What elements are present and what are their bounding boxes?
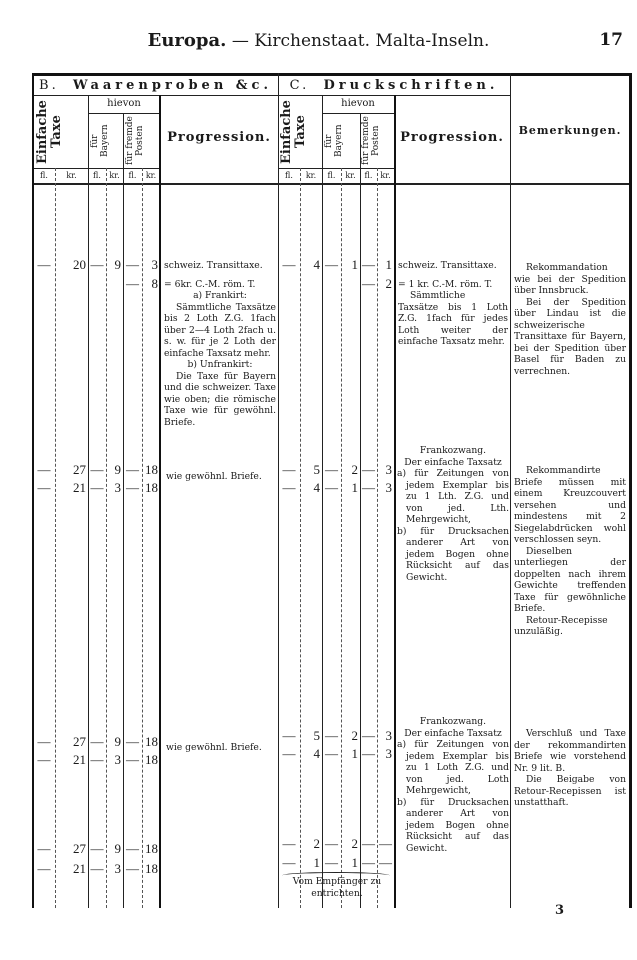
progression-line: schweiz. Transittaxe. (164, 260, 276, 272)
col-divider (55, 168, 56, 908)
c-bay-fl: — (322, 257, 341, 273)
b-fr-fl: — (123, 480, 142, 496)
c-bay-kr: 2 (341, 836, 358, 852)
b-einf-kr: 21 (55, 861, 86, 877)
c-einf-fl: — (278, 462, 300, 478)
c-progression-header: Progression. (394, 130, 510, 145)
unit-kr: kr. (106, 171, 123, 180)
b-einf-fl: — (33, 841, 55, 857)
c-einf-fl: — (278, 836, 300, 852)
b-fr-kr: 18 (142, 480, 158, 496)
b-fremde-header: für fremde Posten (125, 115, 158, 167)
b-fr-fl: — (123, 752, 142, 768)
title-rest: — Kirchenstaat. Malta-Inseln. (226, 31, 489, 51)
section-b-name: Waarenproben &c. (73, 78, 272, 93)
b-einf-fl: — (33, 462, 55, 478)
b-einf-fl: — (33, 734, 55, 750)
b-bay-fl: — (88, 734, 106, 750)
col-divider (88, 95, 89, 908)
progression-line: Der einfache Taxsatz (397, 728, 509, 740)
c-hievon-header: hievon (322, 98, 394, 109)
progression-line: Sämmtliche Taxsätze bis 2 Loth Z.G. 1fac… (164, 302, 276, 360)
b-bay-kr: 9 (106, 734, 121, 750)
section-b-title: B. Waarenproben &c. (33, 78, 278, 93)
section-b-label: B. (39, 78, 59, 93)
b-bay-fl: — (88, 861, 106, 877)
col-divider (300, 168, 301, 908)
remark-line: Retour-Recepisse unzuläßig. (514, 615, 626, 638)
c-fr-kr: — (377, 855, 394, 871)
section-c-label: C. (290, 78, 310, 93)
section-title-rule (33, 95, 510, 96)
c-bay-fl: — (322, 728, 341, 744)
unit-kr: kr. (142, 171, 160, 180)
unit-fl: fl. (278, 171, 300, 180)
unit-fl: fl. (123, 171, 142, 180)
c-fr-kr: 2 (377, 276, 392, 292)
b-einf-fl: — (33, 752, 55, 768)
b-einfache-taxe-header: Einfache Taxe (36, 100, 86, 164)
unit-kr: kr. (300, 171, 322, 180)
col-divider (159, 95, 161, 908)
c-bay-fl: — (322, 480, 341, 496)
c-fr-kr: 3 (377, 480, 392, 496)
c-fr-kr: 3 (377, 746, 392, 762)
c-fr-kr: — (377, 836, 394, 852)
b-einf-kr: 21 (55, 480, 86, 496)
col-divider (322, 95, 323, 908)
table-top-rule (33, 73, 630, 76)
c-progression-cell: Frankozwang. Der einfache Taxsatz a) für… (397, 716, 509, 854)
c-bay-kr: 1 (341, 257, 358, 273)
c-bay-kr: 1 (341, 480, 358, 496)
c-einfache-taxe-header: Einfache Taxe (280, 100, 322, 164)
progression-line: a) für Zeitungen von jedem Exemplar bis … (397, 739, 509, 797)
title-main: Europa. (148, 30, 227, 51)
col-divider (106, 168, 107, 908)
progression-line: schweiz. Transittaxe. (398, 260, 508, 272)
progression-line: a) für Zeitungen von jedem Exemplar bis … (397, 468, 509, 526)
b-einf-kr: 27 (55, 462, 86, 478)
remark-line: Rekommandation wie bei der Spedition übe… (514, 262, 626, 297)
c-bay-kr: 1 (341, 855, 358, 871)
c-einf-fl: — (278, 728, 300, 744)
c-einf-kr: 4 (300, 257, 320, 273)
c-einf-kr: 5 (300, 728, 320, 744)
unit-fl: fl. (88, 171, 106, 180)
signature-mark: 3 (555, 903, 564, 918)
col-divider (360, 113, 361, 908)
b-einf-kr: 21 (55, 752, 86, 768)
page-number: 17 (599, 30, 623, 50)
c-progression-cell: schweiz. Transittaxe. = 1 kr. C.-M. röm.… (398, 260, 508, 348)
b-einf-kr: 27 (55, 734, 86, 750)
c-einf-fl: — (278, 855, 300, 871)
remark-line: Dieselben unterliegen der doppelten nach… (514, 546, 626, 615)
b-bayern-header: für Bayern (90, 117, 122, 165)
b-bay-fl: — (88, 841, 106, 857)
unit-kr: kr. (55, 171, 88, 180)
progression-line: b) für Drucksachen anderer Art von jedem… (397, 526, 509, 584)
b-bay-kr: 3 (106, 480, 121, 496)
b-fr-kr: 18 (142, 861, 158, 877)
hievon-rule-b (88, 113, 160, 114)
b-progression-cell: wie gewöhnl. Briefe. (166, 742, 276, 754)
b-fr-fl: — (123, 257, 142, 273)
b-einf-kr: 27 (55, 841, 86, 857)
page-title: Europa. — Kirchenstaat. Malta-Inseln. (0, 30, 637, 51)
progression-line: wie gewöhnl. Briefe. (166, 471, 262, 482)
col-divider (341, 168, 342, 908)
remarks-cell: Rekommandation wie bei der Spedition übe… (514, 262, 626, 377)
b-progression-header: Progression. (160, 130, 278, 145)
c-einf-kr: 4 (300, 480, 320, 496)
unit-kr: kr. (377, 171, 394, 180)
b-einf-fl: — (33, 257, 55, 273)
c-fr-fl: — (360, 855, 377, 871)
unit-fl: fl. (322, 171, 341, 180)
b-fr-fl: — (123, 841, 142, 857)
section-c-name: Druckschriften. (324, 78, 499, 93)
hievon-rule-c (322, 113, 394, 114)
progression-line: a) Frankirt: (164, 290, 276, 302)
remark-line: Die Beigabe von Retour-Recepissen ist un… (514, 774, 626, 809)
remark-line: Verschluß und Taxe der rekommandirten Br… (514, 728, 626, 774)
b-fr-kr: 8 (142, 276, 158, 292)
remark-line: Bei der Spedition über Lindau ist die sc… (514, 297, 626, 378)
b-bay-fl: — (88, 480, 106, 496)
remarks-divider (510, 73, 511, 908)
progression-line: Der einfache Taxsatz (397, 457, 509, 469)
unit-fl: fl. (360, 171, 377, 180)
c-fr-fl: — (360, 462, 377, 478)
progression-line: = 6kr. C.-M. röm. T. (164, 279, 276, 291)
b-progression-cell: wie gewöhnl. Briefe. (166, 471, 276, 483)
c-recipient-note: Vom Empfänger zu entrichten. (281, 876, 393, 899)
b-bay-kr: 3 (106, 861, 121, 877)
b-bay-kr: 9 (106, 841, 121, 857)
b-fr-fl: — (123, 861, 142, 877)
b-bay-fl: — (88, 257, 106, 273)
table-right-border (629, 73, 632, 908)
c-bay-kr: 2 (341, 462, 358, 478)
c-einf-fl: — (278, 480, 300, 496)
c-einf-kr: 4 (300, 746, 320, 762)
c-bay-fl: — (322, 746, 341, 762)
c-fr-fl: — (360, 836, 377, 852)
b-bay-fl: — (88, 752, 106, 768)
b-bay-kr: 9 (106, 462, 121, 478)
col-divider (123, 113, 124, 908)
c-fr-fl: — (360, 276, 377, 292)
remarks-cell: Rekommandirte Briefe müssen mit einem Kr… (514, 465, 626, 638)
bemerkungen-header: Bemerkungen. (510, 124, 630, 137)
b-fr-kr: 18 (142, 752, 158, 768)
progression-line: wie gewöhnl. Briefe. (166, 742, 262, 753)
progression-line: Frankozwang. (397, 445, 509, 457)
progression-line: b) für Drucksachen anderer Art von jedem… (397, 797, 509, 855)
b-bay-kr: 3 (106, 752, 121, 768)
b-progression-cell: schweiz. Transittaxe. = 6kr. C.-M. röm. … (164, 260, 276, 428)
progression-line: = 1 kr. C.-M. röm. T. (398, 279, 508, 291)
c-fremde-header: für fremde Posten (361, 115, 393, 167)
b-fr-fl: — (123, 276, 142, 292)
b-einf-kr: 20 (55, 257, 86, 273)
b-fr-kr: 18 (142, 734, 158, 750)
c-einf-fl: — (278, 257, 300, 273)
b-hievon-header: hievon (88, 98, 160, 109)
c-fr-fl: — (360, 728, 377, 744)
b-bay-fl: — (88, 462, 106, 478)
c-bayern-header: für Bayern (324, 117, 359, 165)
b-fr-kr: 18 (142, 841, 158, 857)
b-einf-fl: — (33, 861, 55, 877)
c-bay-fl: — (322, 462, 341, 478)
b-einf-fl: — (33, 480, 55, 496)
c-fr-kr: 1 (377, 257, 392, 273)
unit-kr: kr. (341, 171, 360, 180)
b-fr-fl: — (123, 734, 142, 750)
c-fr-fl: — (360, 480, 377, 496)
c-bay-fl: — (322, 836, 341, 852)
progression-line: b) Unfrankirt: (164, 359, 276, 371)
c-fr-fl: — (360, 257, 377, 273)
progression-line: Die Taxe für Bayern und die schweizer. T… (164, 371, 276, 429)
c-bay-fl: — (322, 855, 341, 871)
c-fr-fl: — (360, 746, 377, 762)
b-fr-fl: — (123, 462, 142, 478)
col-divider (394, 95, 396, 908)
c-einf-fl: — (278, 746, 300, 762)
progression-line: Sämmtliche Taxsätze bis 1 Loth Z.G. 1fac… (398, 290, 508, 348)
c-progression-cell: Frankozwang. Der einfache Taxsatz a) für… (397, 445, 509, 583)
b-bay-kr: 9 (106, 257, 121, 273)
b-fr-kr: 18 (142, 462, 158, 478)
c-fr-kr: 3 (377, 462, 392, 478)
c-bay-kr: 1 (341, 746, 358, 762)
progression-line: Frankozwang. (397, 716, 509, 728)
c-einf-kr: 1 (300, 855, 320, 871)
unit-rule-b (33, 168, 160, 169)
b-fr-kr: 3 (142, 257, 158, 273)
c-bay-kr: 2 (341, 728, 358, 744)
c-einf-kr: 5 (300, 462, 320, 478)
remark-line: Rekommandirte Briefe müssen mit einem Kr… (514, 465, 626, 546)
section-c-title: C. Druckschriften. (278, 78, 510, 93)
c-einf-kr: 2 (300, 836, 320, 852)
c-fr-kr: 3 (377, 728, 392, 744)
unit-fl: fl. (33, 171, 55, 180)
remarks-cell: Verschluß und Taxe der rekommandirten Br… (514, 728, 626, 809)
